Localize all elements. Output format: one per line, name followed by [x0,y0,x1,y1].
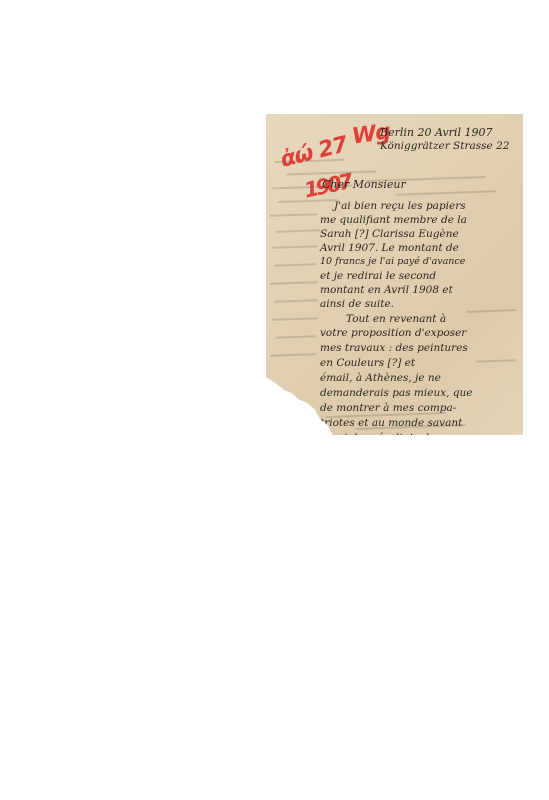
letter-line: 10 francs je l'ai payé d'avance [320,256,465,267]
letter-line: J'ai bien reçu les papiers [334,200,466,212]
letter-line: mes travaux : des peintures [320,342,468,354]
letter-line: de montrer à mes compa- [320,402,456,414]
letter-line: votre proposition d'exposer [320,327,466,339]
letter-line: et je redirai le second [320,270,436,282]
letter-line: montant en Avril 1908 et [320,284,453,296]
document-page: ἀώ 27 Wg 1907 Berlin 20 Avril 1907 König… [0,0,549,800]
letter-line: Avril 1907. Le montant de [320,242,459,254]
letter-line: demanderais pas mieux, que [320,387,473,399]
letter-line: triotes et au monde savant [320,417,462,429]
letter-line: Sarah [?] Clarissa Eugène [320,228,459,240]
letter-line: en Couleurs [?] et [320,357,415,369]
letter-line: Tout en revenant à [346,313,446,325]
letter-scan: ἀώ 27 Wg 1907 Berlin 20 Avril 1907 König… [266,114,523,435]
letter-place-date: Berlin 20 Avril 1907 [380,126,492,139]
letter-salutation: Cher Monsieur [322,178,406,191]
letter-line: émail, à Athènes, je ne [320,372,441,384]
letter-address: Königgrätzer Strasse 22 [380,140,509,152]
letter-line: aussi, les résultats de mes [320,432,460,435]
letter-line: ainsi de suite. [320,298,394,310]
letter-line: me qualifiant membre de la [320,214,467,226]
